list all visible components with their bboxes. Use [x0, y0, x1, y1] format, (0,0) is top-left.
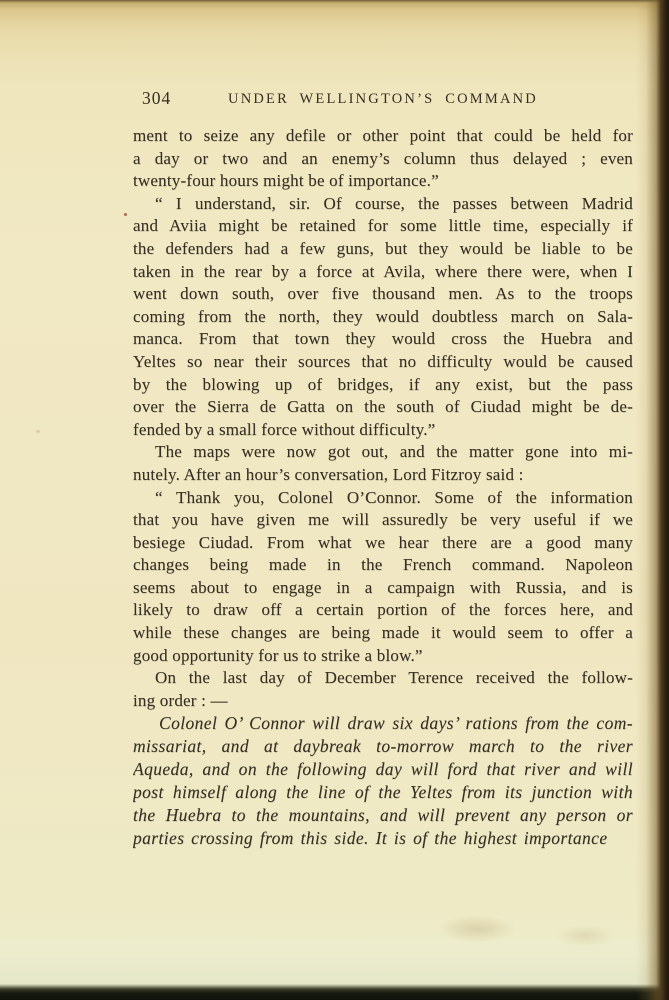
text-line: parties crossing from this side. It is o… — [133, 827, 633, 850]
text-line: that you have given me will assuredly be… — [133, 509, 633, 532]
page-header: 304 UNDER WELLINGTON’S COMMAND — [133, 88, 633, 108]
text-line: ment to seize any defile or other point … — [133, 125, 633, 148]
text-line: Aqueda, and on the following day will fo… — [133, 758, 633, 781]
running-title: UNDER WELLINGTON’S COMMAND — [133, 91, 633, 108]
text-line: fended by a small force without difficul… — [133, 419, 633, 442]
paragraph-3: The maps were now got out, and the matte… — [133, 441, 633, 486]
paragraph-1: ment to seize any defile or other point … — [133, 125, 633, 193]
text-line: and Aviia might be retained for some lit… — [133, 215, 633, 238]
text-line: On the last day of December Terence rece… — [133, 667, 633, 690]
text-line: a day or two and an enemy’s column thus … — [133, 148, 633, 171]
text-line: the defenders had a few guns, but they w… — [133, 238, 633, 261]
paper-speck — [124, 213, 127, 216]
text-line: “ I understand, sir. Of course, the pass… — [133, 193, 633, 216]
text-line: post himself along the line of the Yelte… — [133, 781, 633, 804]
paragraph-2: “ I understand, sir. Of course, the pass… — [133, 193, 633, 442]
text-line: Colonel O’ Connor will draw six days’ ra… — [133, 712, 633, 735]
text-line: good opportunity for us to strike a blow… — [133, 645, 633, 668]
text-line: while these changes are being made it wo… — [133, 622, 633, 645]
paper-stain — [438, 915, 516, 943]
text-line: coming from the north, they would doubtl… — [133, 306, 633, 329]
text-line: Yeltes so near their sources that no dif… — [133, 351, 633, 374]
paragraph-5: On the last day of December Terence rece… — [133, 667, 633, 712]
text-line: likely to draw off a certain portion of … — [133, 599, 633, 622]
paragraph-order-italic: Colonel O’ Connor will draw six days’ ra… — [133, 712, 633, 850]
paragraph-4: “ Thank you, Colonel O’Connor. Some of t… — [133, 487, 633, 668]
text-line: the Huebra to the mountains, and will pr… — [133, 804, 633, 827]
text-line: nutely. After an hour’s conversation, Lo… — [133, 464, 633, 487]
book-page-scan: 304 UNDER WELLINGTON’S COMMAND ment to s… — [0, 0, 669, 1000]
text-line: twenty-four hours might be of importance… — [133, 170, 633, 193]
text-line: seems about to engage in a campaign with… — [133, 577, 633, 600]
paper-speck — [36, 430, 40, 433]
text-line: over the Sierra de Gatta on the south of… — [133, 396, 633, 419]
text-line: went down south, over five thousand men.… — [133, 283, 633, 306]
body-text: ment to seize any defile or other point … — [133, 125, 633, 850]
text-line: manca. From that town they would cross t… — [133, 328, 633, 351]
paper-stain — [555, 925, 615, 947]
text-line: besiege Ciudad. From what we hear there … — [133, 532, 633, 555]
text-line: by the blowing up of bridges, if any exi… — [133, 374, 633, 397]
text-line: ing order : — — [133, 690, 633, 713]
text-line: The maps were now got out, and the matte… — [133, 441, 633, 464]
text-line: changes being made in the French command… — [133, 554, 633, 577]
text-line: missariat, and at daybreak to-morrow mar… — [133, 735, 633, 758]
page-content: 304 UNDER WELLINGTON’S COMMAND ment to s… — [133, 88, 633, 850]
text-line: taken in the rear by a force at Avila, w… — [133, 261, 633, 284]
text-line: “ Thank you, Colonel O’Connor. Some of t… — [133, 487, 633, 510]
